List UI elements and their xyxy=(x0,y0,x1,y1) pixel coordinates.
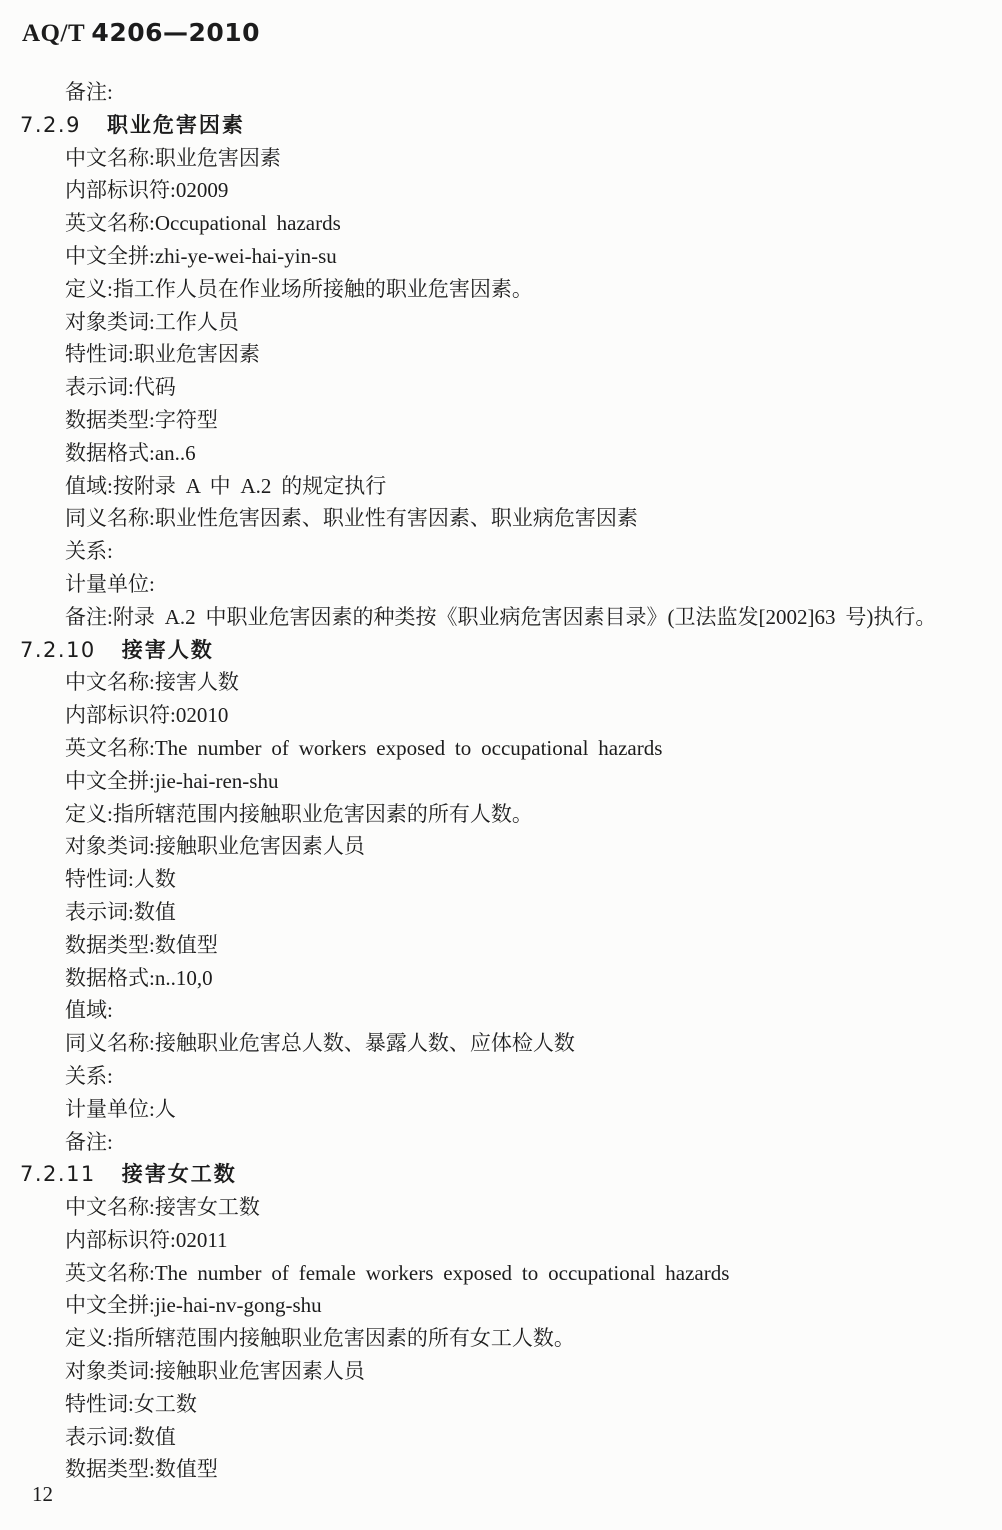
field-line: 备注: xyxy=(0,1126,1002,1159)
section-heading: 7.2.10接害人数 xyxy=(0,634,1002,667)
field-line: 中文名称:职业危害因素 xyxy=(0,142,1002,175)
doc-code-prefix: AQ/T xyxy=(22,20,85,47)
field-line: 值域: xyxy=(0,994,1002,1027)
section-number: 7.2.10 xyxy=(20,638,96,662)
field-line: 同义名称:接触职业危害总人数、暴露人数、应体检人数 xyxy=(0,1027,1002,1060)
field-line: 关系: xyxy=(0,1060,1002,1093)
field-line: 数据类型:字符型 xyxy=(0,404,1002,437)
field-line: 中文全拼:jie-hai-nv-gong-shu xyxy=(0,1289,1002,1322)
field-line: 值域:按附录 A 中 A.2 的规定执行 xyxy=(0,470,1002,503)
field-line: 定义:指所辖范围内接触职业危害因素的所有女工人数。 xyxy=(0,1322,1002,1355)
field-line: 关系: xyxy=(0,535,1002,568)
field-line: 数据类型:数值型 xyxy=(0,929,1002,962)
section-heading: 7.2.11接害女工数 xyxy=(0,1158,1002,1191)
field-line: 表示词:数值 xyxy=(0,1421,1002,1454)
field-line: 数据类型:数值型 xyxy=(0,1453,1002,1486)
field-line: 中文全拼:zhi-ye-wei-hai-yin-su xyxy=(0,240,1002,273)
field-line: 同义名称:职业性危害因素、职业性有害因素、职业病危害因素 xyxy=(0,502,1002,535)
field-line: 定义:指工作人员在作业场所接触的职业危害因素。 xyxy=(0,273,1002,306)
field-line: 英文名称:The number of female workers expose… xyxy=(0,1257,1002,1290)
field-line: 特性词:女工数 xyxy=(0,1388,1002,1421)
field-line: 数据格式:an..6 xyxy=(0,437,1002,470)
field-line: 中文名称:接害人数 xyxy=(0,666,1002,699)
field-line: 表示词:代码 xyxy=(0,371,1002,404)
doc-code-number: 4206—2010 xyxy=(91,18,260,47)
document-page: AQ/T 4206—2010 备注:7.2.9职业危害因素中文名称:职业危害因素… xyxy=(0,0,1002,1530)
section-number: 7.2.11 xyxy=(20,1162,96,1186)
field-line: 英文名称:The number of workers exposed to oc… xyxy=(0,732,1002,765)
field-line: 特性词:职业危害因素 xyxy=(0,338,1002,371)
field-line: 对象类词:工作人员 xyxy=(0,306,1002,339)
field-line: 对象类词:接触职业危害因素人员 xyxy=(0,1355,1002,1388)
field-line: 内部标识符:02010 xyxy=(0,699,1002,732)
section-number: 7.2.9 xyxy=(20,113,81,137)
field-line: 对象类词:接触职业危害因素人员 xyxy=(0,830,1002,863)
field-line: 内部标识符:02011 xyxy=(0,1224,1002,1257)
doc-code: AQ/T 4206—2010 xyxy=(22,18,260,48)
field-line: 定义:指所辖范围内接触职业危害因素的所有人数。 xyxy=(0,798,1002,831)
field-line: 中文名称:接害女工数 xyxy=(0,1191,1002,1224)
field-line: 英文名称:Occupational hazards xyxy=(0,207,1002,240)
field-line: 备注: xyxy=(0,76,1002,109)
section-title: 接害女工数 xyxy=(122,1162,237,1186)
section-title: 职业危害因素 xyxy=(107,113,245,137)
field-line: 内部标识符:02009 xyxy=(0,174,1002,207)
section-title: 接害人数 xyxy=(122,638,214,662)
field-line: 特性词:人数 xyxy=(0,863,1002,896)
field-line: 备注:附录 A.2 中职业危害因素的种类按《职业病危害因素目录》(卫法监发[20… xyxy=(0,601,1002,634)
page-number: 12 xyxy=(32,1482,53,1507)
field-line: 中文全拼:jie-hai-ren-shu xyxy=(0,765,1002,798)
field-line: 计量单位: xyxy=(0,568,1002,601)
section-heading: 7.2.9职业危害因素 xyxy=(0,109,1002,142)
document-body: 备注:7.2.9职业危害因素中文名称:职业危害因素内部标识符:02009英文名称… xyxy=(0,76,1002,1486)
field-line: 计量单位:人 xyxy=(0,1093,1002,1126)
field-line: 数据格式:n..10,0 xyxy=(0,962,1002,995)
field-line: 表示词:数值 xyxy=(0,896,1002,929)
